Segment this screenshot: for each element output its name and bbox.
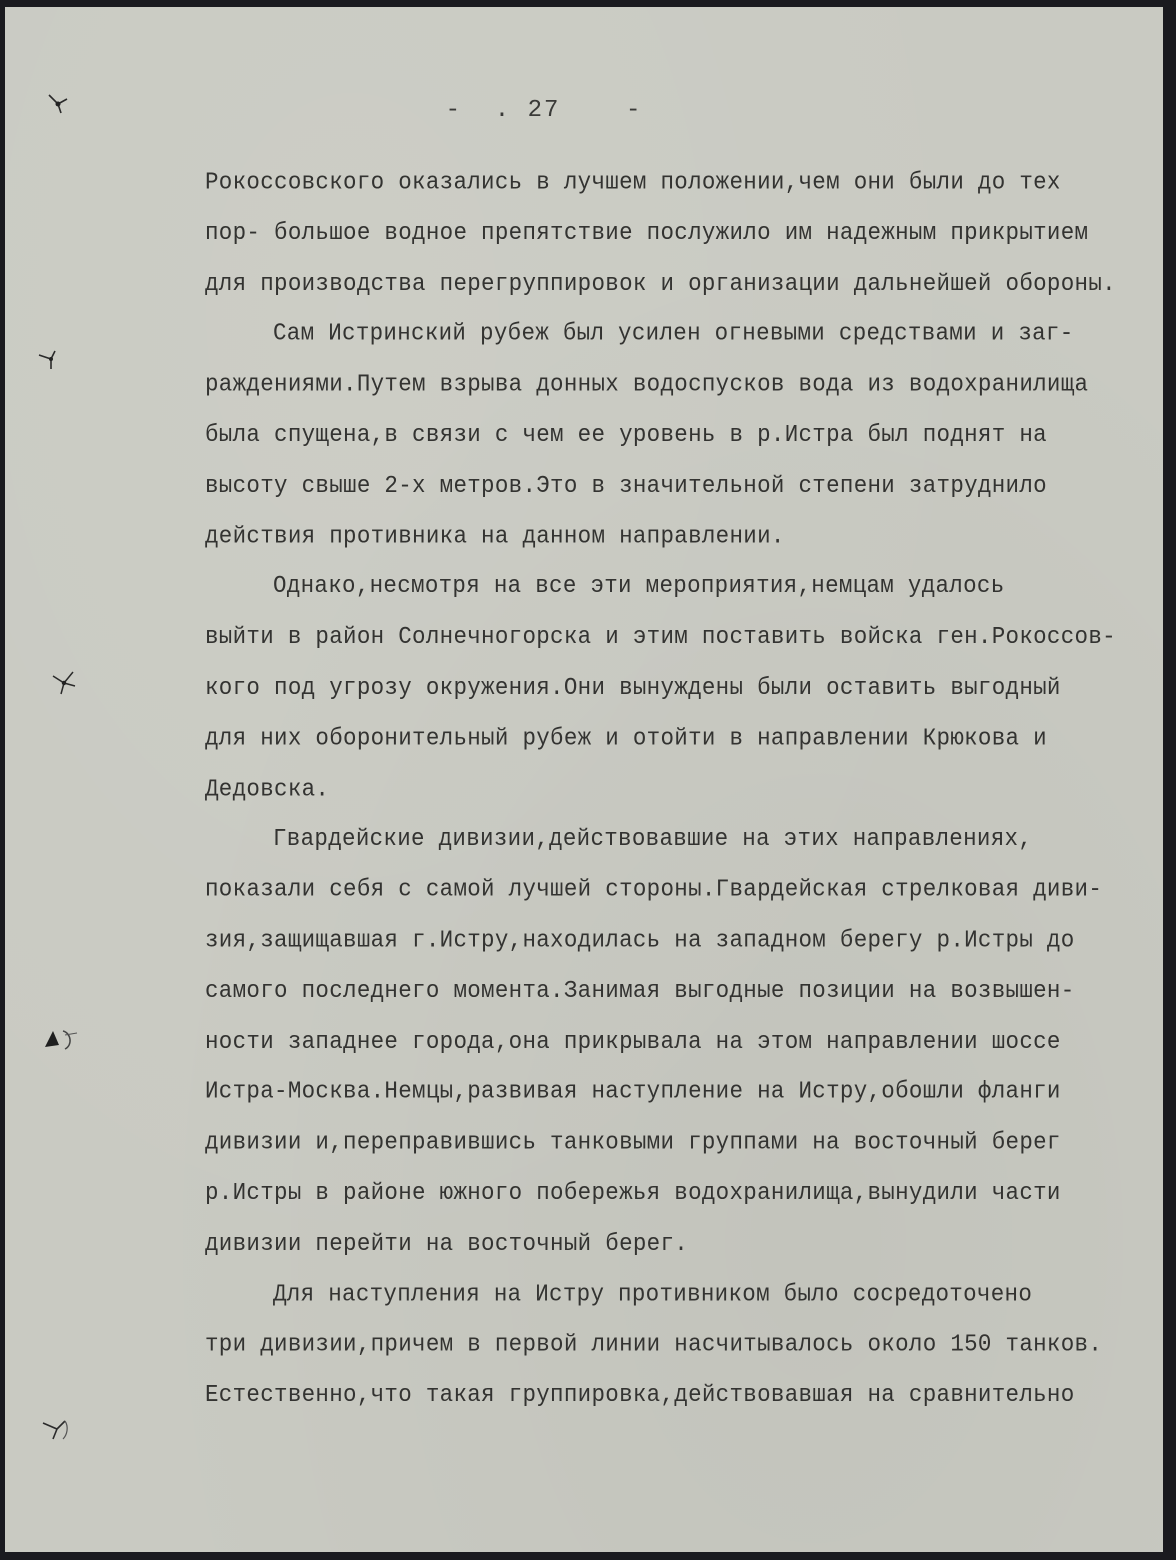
text-line: самого последнего момента.Занимая выгодн… xyxy=(205,966,1165,1017)
text-line: показали себя с самой лучшей стороны.Гва… xyxy=(205,865,1165,916)
text-line: Однако,несмотря на все эти мероприятия,н… xyxy=(205,561,1165,612)
text-line: ности западнее города,она прикрывала на … xyxy=(205,1016,1165,1067)
text-line: зия,защищавшая г.Истру,находилась на зап… xyxy=(205,915,1165,966)
text-line: кого под угрозу окружения.Они вынуждены … xyxy=(205,662,1165,713)
text-line: дивизии и,переправившись танковыми групп… xyxy=(205,1117,1165,1168)
text-line: была спущена,в связи с чем ее уровень в … xyxy=(205,410,1165,461)
text-line: Для наступления на Истру противником был… xyxy=(205,1269,1165,1320)
document-page: - . 27 - Рокоссовского оказались в лучше… xyxy=(5,7,1163,1552)
text-line: Рокоссовского оказались в лучшем положен… xyxy=(205,157,1165,208)
text-line: пор- большое водное препятствие послужил… xyxy=(205,208,1165,259)
punch-hole-mark-icon xyxy=(39,1027,83,1053)
punch-hole-mark-icon xyxy=(51,670,77,696)
text-line: дивизии перейти на восточный берег. xyxy=(205,1218,1165,1269)
text-line: выйти в район Солнечногорска и этим пост… xyxy=(205,612,1165,663)
text-line: р.Истры в районе южного побережья водохр… xyxy=(205,1168,1165,1219)
punch-hole-mark-icon xyxy=(45,91,71,117)
text-line: действия противника на данном направлени… xyxy=(205,511,1165,562)
text-line: Дедовска. xyxy=(205,763,1165,814)
text-line: высоту свыше 2-х метров.Это в значительн… xyxy=(205,460,1165,511)
punch-hole-mark-icon xyxy=(39,1415,79,1441)
text-line: для производства перегруппировок и орган… xyxy=(205,258,1165,309)
page-number: - . 27 - xyxy=(0,97,1123,124)
text-line: Сам Истринский рубеж был усилен огневыми… xyxy=(205,309,1165,360)
text-line: Истра-Москва.Немцы,развивая наступление … xyxy=(205,1067,1165,1118)
text-line: Гвардейские дивизии,действовавшие на эти… xyxy=(205,814,1165,865)
text-line: три дивизии,причем в первой линии насчит… xyxy=(205,1319,1165,1370)
typewritten-body: Рокоссовского оказались в лучшем положен… xyxy=(205,157,1165,1421)
text-line: для них оборонительный рубеж и отойти в … xyxy=(205,713,1165,764)
text-line: Естественно,что такая группировка,действ… xyxy=(205,1370,1165,1421)
punch-hole-mark-icon xyxy=(37,347,63,373)
text-line: раждениями.Путем взрыва донных водоспуск… xyxy=(205,359,1165,410)
